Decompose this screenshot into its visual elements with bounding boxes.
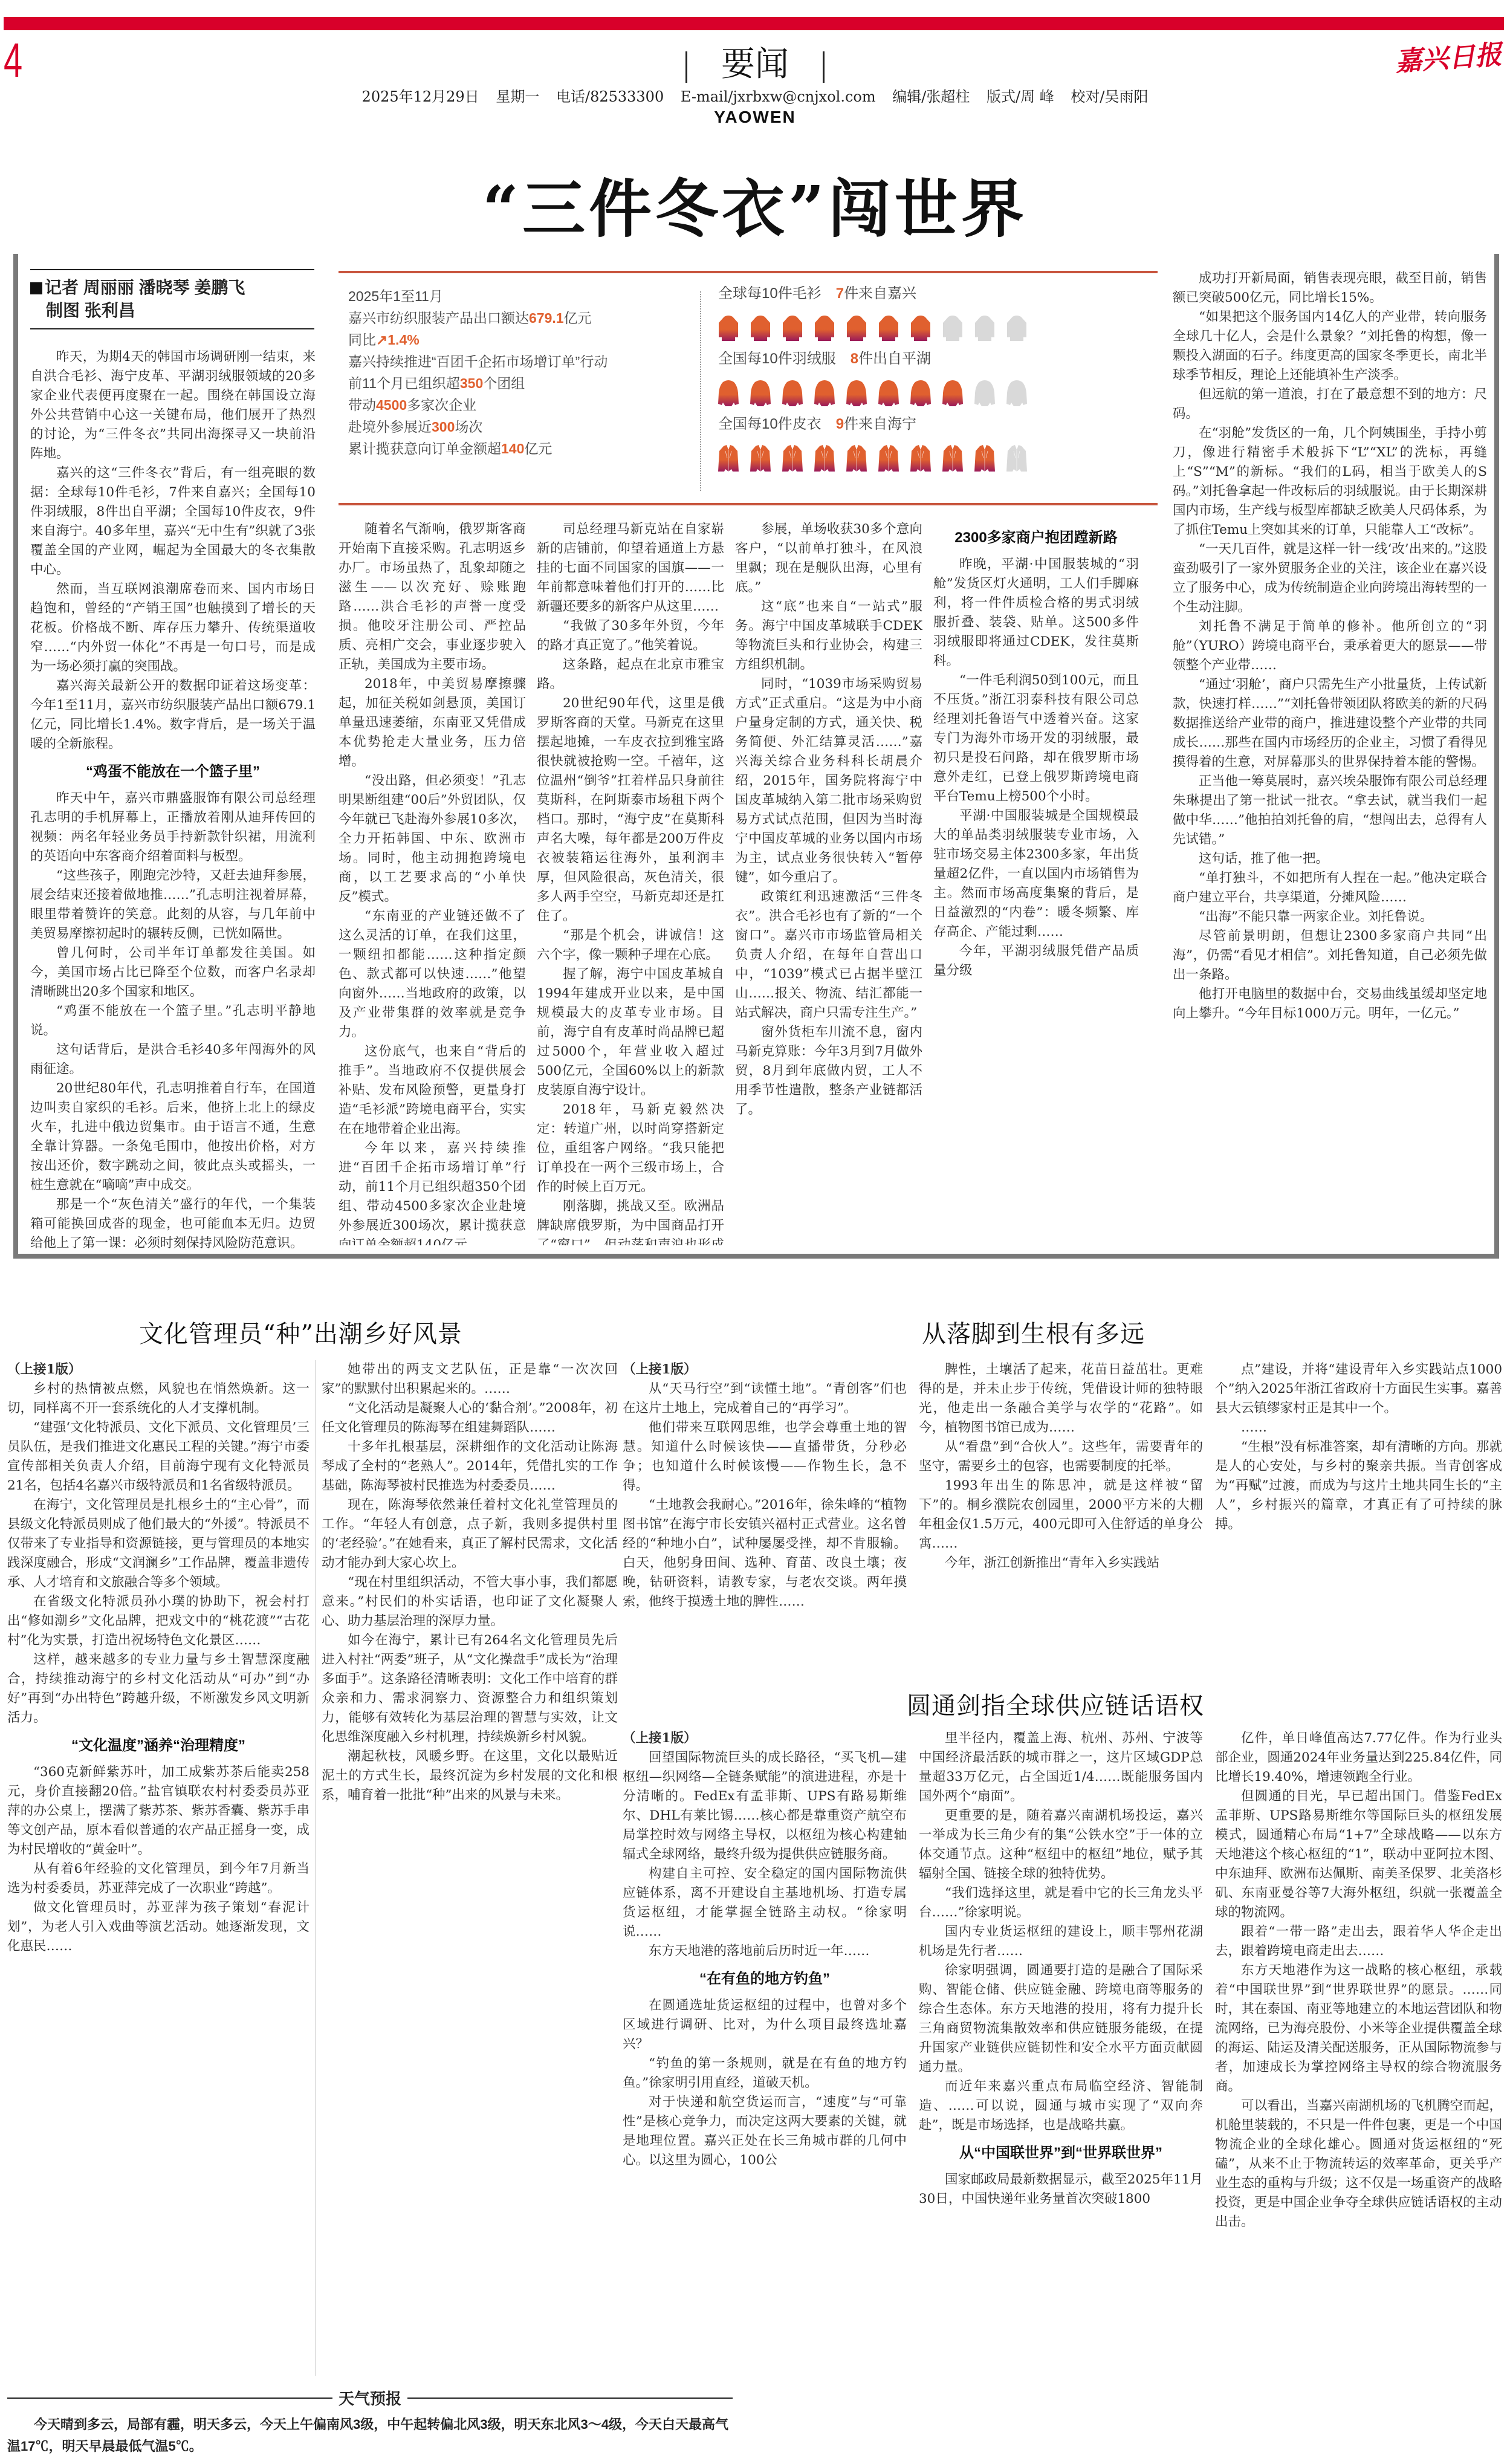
paragraph: “现在村里组织活动，不管大事小事，我们都愿意来。”村民们的朴实话语，也印证了文化…	[322, 1573, 618, 1631]
yto-column-2: 里半径内，覆盖上海、杭州、苏州、宁波等中国经济最活跃的城市群之一，这片区域GDP…	[919, 1729, 1203, 2460]
continued-label: （上接1版）	[7, 1360, 309, 1380]
yto-column-3: 亿件，单日峰值高达7.77亿件。作为行业头部企业，圆通2024年业务量达到225…	[1215, 1729, 1502, 2460]
paragraph: 嘉兴的这“三件冬衣”背后，有一组亮眼的数据：全球每10件毛衫，7件来自嘉兴；全国…	[30, 464, 316, 580]
down-jacket-icon	[974, 380, 995, 406]
paragraph: “土地教会我耐心。”2016年，徐朱峰的“植物图书馆”在海宁市长安镇兴福村正式营…	[623, 1496, 907, 1612]
infographic-stats: 2025年1至11月 嘉兴市纺织服装产品出口额达679.1亿元 同比↗1.4% …	[348, 285, 675, 459]
paragraph: “我做了30多年外贸，今年的路才真正宽了。”他笑着说。	[537, 617, 724, 655]
leather-coat-icon	[846, 445, 867, 472]
row-value: 8	[851, 351, 858, 367]
stat-groups: 前11个月已组织超350个团组	[348, 372, 675, 394]
stat-text: 场次	[455, 419, 482, 435]
stat-text: 赴境外参展近	[348, 419, 432, 435]
down-jacket-icon	[846, 380, 867, 406]
paragraph: 这句话背后，是洪合毛衫40多年闯海外的风雨征途。	[30, 1040, 316, 1079]
yto-column-1: （上接1版） 回望国际物流巨头的成长路径，“买飞机—建枢纽—织网络—全链条赋能”…	[623, 1729, 907, 2460]
weather-forecast: 今天晴到多云，局部有霾，明天多云，今天上午偏南风3级，中午起转偏北风3级，明天东…	[7, 2414, 733, 2457]
paragraph: 刚落脚，挑战又至。欧洲品牌缺席俄罗斯，为中国商品打开了“窗口”，但动荡和声浪也形…	[537, 1197, 724, 1245]
stat-text: 亿元	[564, 310, 592, 326]
continued-label: （上接1版）	[623, 1729, 907, 1748]
paragraph: “生根”没有标准答案，却有清晰的方向。那就是人的心安处，与乡村的聚亲共振。当青创…	[1215, 1438, 1502, 1534]
paragraph: 这份底气，也来自“背后的推手”。当地政府不仅提供展会补贴、发布风险预警，更量身打…	[339, 1042, 526, 1139]
sweater-icon	[878, 314, 899, 341]
paragraph: “通过‘羽舱’，商户只需先生产小批量货，上传试新款，快速打样……”“刘托鲁带领团…	[1173, 675, 1487, 772]
email-link[interactable]: E-mail/jxrbxw@cnjxol.com	[681, 88, 876, 105]
issue-date: 2025年12月29日	[362, 88, 479, 105]
down-jacket-icon-row	[718, 371, 1141, 406]
sweater-icon-row	[718, 306, 1141, 341]
paragraph: 构建自主可控、安全稳定的国内国际物流供应链体系，离不开建设自主基地机场、打造专属…	[623, 1864, 907, 1942]
stat-text: 同比	[348, 332, 376, 348]
column-rule	[316, 1360, 316, 2376]
divider	[407, 2398, 733, 2399]
paragraph: 那是一个“灰色清关”盛行的年代，一个集装箱可能换回成沓的现金，也可能血本无归。边…	[30, 1195, 316, 1248]
stat-campaign: 嘉兴持续推进“百团千企拓市场增订单”行动	[348, 351, 675, 372]
paragraph: 这样，越来越多的专业力量与乡土智慧深度融合，持续推动海宁的乡村文化活动从“可办”…	[7, 1650, 309, 1728]
rooting-column-1: （上接1版） 从“天马行空”到“读懂土地”。“青创客”们也在这片土地上，完成着自…	[623, 1360, 907, 1644]
row-value: 7	[836, 285, 844, 302]
paragraph: 尽管前景明朗，但想让2300多家商户共同“出海”，仍需“看见才相信”。刘托鲁知道…	[1173, 927, 1487, 985]
paragraph: 点”建设，并将“建设青年入乡实践站点1000个”纳入2025年浙江省政府十方面民…	[1215, 1360, 1502, 1418]
stat-text: 嘉兴市纺织服装产品出口额达	[348, 310, 529, 326]
lead-column-3: 司总经理马新克站在自家崭新的店铺前，仰望着通道上方悬挂的七面不同国家的国旗——一…	[537, 520, 724, 1245]
paragraph: 平湖·中国服装城是全国规模最大的单品类羽绒服装专业市场，入驻市场交易主体2300…	[933, 806, 1139, 942]
row-label-down: 全国每10件羽绒服8件出自平湖	[718, 347, 1141, 371]
lead-column-5: 2300多家商户抱团蹚新路 昨晚，平湖·中国服装城的“羽舱”发货区灯火通明，工人…	[933, 520, 1139, 1245]
paragraph: 如今在海宁，累计已有264名文化管理员先后进入村社“两委”班子，从“文化操盘手”…	[322, 1631, 618, 1747]
lead-column-6: 成功打开新局面，销售表现亮眼，截至目前，销售额已突破500亿元，同比增长15%。…	[1173, 269, 1487, 1248]
reporters: 记者 周丽丽 潘晓琴 姜鹏飞	[45, 278, 245, 297]
paragraph: 国家邮政局最新数据显示，截至2025年11月30日，中国快递年业务量首次突破18…	[919, 2170, 1203, 2209]
paragraph: 对于快递和航空货运而言，“速度”与“可靠性”是核心竞争力，而决定这两大要素的关键…	[623, 2093, 907, 2170]
graphic-credit: 制图 张利昌	[30, 299, 314, 322]
row-label: 全国每10件皮衣	[718, 416, 821, 432]
paragraph: 亿件，单日峰值高达7.77亿件。作为行业头部企业，圆通2024年业务量达到225…	[1215, 1729, 1502, 1787]
dotted-divider	[700, 291, 701, 491]
stat-companies: 带动4500多家次企业	[348, 394, 675, 416]
bullet-square-icon	[30, 282, 42, 294]
paragraph: 刘托鲁不满足于简单的修补。他所创立的“羽舱”（YURO）跨境电商平台，秉承着更大…	[1173, 617, 1487, 675]
paragraph: 国内专业货运枢纽的建设上，顺丰鄂州花湖机场是先行者……	[919, 1922, 1203, 1961]
leather-coat-icon	[942, 445, 963, 472]
sweater-icon	[814, 314, 835, 341]
paragraph: 可以看出，当嘉兴南湖机场的飞机腾空而起，机舱里装载的，不只是一件件包裹，更是一个…	[1215, 2096, 1502, 2232]
paragraph: “建强‘文化特派员、文化下派员、文化管理员’三员队伍，是我们推进文化惠民工程的关…	[7, 1418, 309, 1496]
culture-column-1: （上接1版） 乡村的热情被点燃，风貌也在悄然焕新。这一切，同样离不开一套系统化的…	[7, 1360, 309, 2376]
infographic: 2025年1至11月 嘉兴市纺织服装产品出口额达679.1亿元 同比↗1.4% …	[339, 271, 1158, 505]
section-pinyin: YAOWEN	[0, 108, 1510, 127]
stat-text: 多家次企业	[407, 397, 476, 413]
paragraph: 今年，浙江创新推出“青年入乡实践站	[919, 1554, 1203, 1573]
culture-column-2: 她带出的两支文艺队伍，正是靠“一次次回家”的默默付出积累起来的。…… “文化活动…	[322, 1360, 618, 2376]
paragraph: 窗外货柜车川流不息，窗内马新克算账：今年3月到7月做外贸，8月到年底做内贸，工人…	[735, 1023, 922, 1120]
stat-text: 亿元	[524, 441, 552, 456]
stat-value: 679.1	[529, 310, 564, 326]
row-value: 9	[836, 416, 844, 432]
down-jacket-icon	[878, 380, 899, 406]
paragraph: 徐家明强调，圆通要打造的是融合了国际采购、智能仓储、供应链金融、跨境电商等服务的…	[919, 1961, 1203, 2077]
paragraph: 十多年扎根基层，深耕细作的文化活动让陈海琴成了全村的“老熟人”。2014年，凭借…	[322, 1438, 618, 1496]
paragraph: 同时，“1039市场采购贸易方式”正式重启。“这是为中小商户量身定制的方式，通关…	[735, 675, 922, 887]
row-label-leather: 全国每10件皮衣9件来自海宁	[718, 412, 1141, 436]
paragraph: 正当他一筹莫展时，嘉兴埃朵服饰有限公司总经理朱琳提出了第一批试一批衣。“拿去试，…	[1173, 772, 1487, 849]
paragraph: “没出路，但必须变！”孔志明果断组建“00后”外贸团队，仅今年就已飞赴海外参展1…	[339, 771, 526, 907]
stat-export: 嘉兴市纺织服装产品出口额达679.1亿元	[348, 307, 675, 329]
leather-coat-icon	[878, 445, 899, 472]
divider	[685, 51, 687, 83]
row-label: 全球每10件毛衫	[718, 285, 821, 302]
paragraph: 他打开电脑里的数据中台，交易曲线虽缓却坚定地向上攀升。“今年目标1000万元。明…	[1173, 985, 1487, 1023]
stat-growth: 同比↗1.4%	[348, 329, 675, 351]
paragraph: 成功打开新局面，销售表现亮眼，截至目前，销售额已突破500亿元，同比增长15%。	[1173, 269, 1487, 308]
paragraph: 昨天，为期4天的韩国市场调研刚一结束，来自洪合毛衫、海宁皮革、平湖羽绒服领域的2…	[30, 348, 316, 464]
lead-headline: “三件冬衣”闯世界	[0, 158, 1510, 249]
paragraph: 曾几何时，公司半年订单都发往美国。如今，美国市场占比已降至个位数，而客户名录却清…	[30, 944, 316, 1002]
byline: 记者 周丽丽 潘晓琴 姜鹏飞 制图 张利昌	[30, 269, 314, 329]
paragraph: 但圆通的目光，早已超出国门。借鉴FedEx孟菲斯、UPS路易斯维尔等国际巨头的枢…	[1215, 1787, 1502, 1922]
editor: 编辑/张超柱	[892, 88, 970, 105]
paragraph: “文化活动是凝聚人心的‘黏合剂’。”2008年，初任文化管理员的陈海琴在组建舞蹈…	[322, 1399, 618, 1438]
paragraph: 潮起秋枝，风暖乡野。在这里，文化以最贴近泥土的方式生长，最终沉淀为乡村发展的文化…	[322, 1747, 618, 1805]
section-label: 要闻	[721, 45, 789, 84]
paragraph: 1993年出生的陈思冲，就是这样被“留下”的。桐乡濮院农创园里，2000平方米的…	[919, 1476, 1203, 1554]
row-suffix: 件出自平湖	[858, 351, 931, 367]
paragraph: 2018年，中美贸易摩擦骤起，加征关税如剑悬顶，美国订单量迅速萎缩，东南亚又凭借…	[339, 675, 526, 771]
paragraph: 但远航的第一道浪，打在了最意想不到的地方：尺码。	[1173, 385, 1487, 424]
divider	[823, 51, 825, 83]
story-headline-rooting: 从落脚到生根有多远	[922, 1315, 1145, 1349]
paragraph: 在省级文化特派员孙小璞的协助下，祝会村打出“修如潮乡”文化品牌，把戏文中的“桃花…	[7, 1592, 309, 1650]
leather-coat-icon	[718, 445, 739, 472]
paragraph: 昨天中午，嘉兴市鼎盛服饰有限公司总经理孔志明的手机屏幕上，正播放着刚从迪拜传回的…	[30, 789, 316, 866]
story-headline-culture: 文化管理员“种”出潮乡好风景	[139, 1315, 462, 1349]
paragraph: 然而，当互联网浪潮席卷而来、国内市场日趋饱和，曾经的“产销王国”也触摸到了增长的…	[30, 580, 316, 676]
paragraph: 政策红利迅速激活“三件冬衣”。洪合毛衫也有了新的“一个窗口”。嘉兴市市场监管局相…	[735, 887, 922, 1023]
paragraph: 他们带来互联网思维，也学会尊重土地的智慧。知道什么时候该快——直播带货，分秒必争…	[623, 1418, 907, 1496]
row-suffix: 件来自海宁	[844, 416, 916, 432]
down-jacket-icon	[814, 380, 835, 406]
continued-label: （上接1版）	[623, 1360, 907, 1380]
paragraph: 从“天马行空”到“读懂土地”。“青创客”们也在这片土地上，完成着自己的“再学习”…	[623, 1380, 907, 1418]
paragraph: 东方天地港作为这一战略的核心枢纽，承载着“中国联世界”到“世界联世界”的愿景。……	[1215, 1961, 1502, 2096]
paragraph: 在圆通选址货运枢纽的过程中，也曾对多个区域进行调研、比对，为什么项目最终选址嘉兴…	[623, 1996, 907, 2054]
lead-column-1: 昨天，为期4天的韩国市场调研刚一结束，来自洪合毛衫、海宁皮革、平湖羽绒服领域的2…	[30, 348, 316, 1248]
down-jacket-icon	[942, 380, 963, 406]
stat-text: 带动	[348, 397, 376, 413]
paragraph: 脾性，土壤活了起来，花苗日益茁壮。更难得的是，并未止步于传统，凭借设计师的独特眼…	[919, 1360, 1203, 1438]
leather-coat-icon	[974, 445, 995, 472]
paragraph: 回望国际物流巨头的成长路径，“买飞机—建枢纽—织网络—全链条赋能”的演进进程，亦…	[623, 1748, 907, 1864]
issue-meta: 2025年12月29日 星期一 电话/82533300 E-mail/jxrbx…	[0, 85, 1510, 106]
paragraph: “如果把这个服务国内14亿人的产业带，转向服务全球几十亿人，会是什么景象？”刘托…	[1173, 308, 1487, 385]
paragraph: 跟着“一带一路”走出去，跟着华人华企走出去，跟着跨境电商走出去……	[1215, 1922, 1502, 1961]
down-jacket-icon	[750, 380, 771, 406]
subheading: 从“中国联世界”到“世界联世界”	[919, 2144, 1203, 2163]
paragraph: 这条路，起点在北京市雅宝路。	[537, 655, 724, 694]
down-jacket-icon	[1006, 380, 1027, 406]
paragraph: 从“看盘”到“合伙人”。这些年，需要青年的坚守，需要乡土的包容，也需要制度的托举…	[919, 1438, 1203, 1476]
layout-editor: 版式/周 峰	[987, 88, 1054, 105]
sweater-icon	[718, 314, 739, 341]
subheading: “在有鱼的地方钓鱼”	[623, 1970, 907, 1989]
down-jacket-icon	[718, 380, 739, 406]
paragraph: 在“羽舱”发货区的一角，几个阿姨围坐，手持小剪刀，像进行精密手术般拆下“L”“X…	[1173, 424, 1487, 540]
paragraph: “钓鱼的第一条规则，就是在有鱼的地方钓鱼。”徐家明引用直经，道破天机。	[623, 2054, 907, 2093]
paragraph: “那是个机会，讲诚信！这六个字，像一颗种子埋在心底。	[537, 926, 724, 965]
paragraph: 在海宁，文化管理员是扎根乡土的“主心骨”，而县级文化特派员则成了他们最大的“外援…	[7, 1496, 309, 1592]
stat-value: 140	[501, 441, 524, 456]
stat-orders: 累计揽获意向订单金额超140亿元	[348, 438, 675, 459]
leather-coat-icon	[782, 445, 803, 472]
paragraph: 这“底”也来自“一站式”服务。海宁中国皮革城联手CDEK等物流巨头和行业协会，构…	[735, 597, 922, 675]
sweater-icon	[750, 314, 771, 341]
rooting-column-3: 点”建设，并将“建设青年入乡实践站点1000个”纳入2025年浙江省政府十方面民…	[1215, 1360, 1502, 1644]
stat-text: 个团组	[483, 375, 525, 391]
lead-column-2: 随着名气渐响，俄罗斯客商开始南下直接采购。孔志明返乡办厂。市场虽热了，乱象却随之…	[339, 520, 526, 1245]
paragraph: 东方天地港的落地前后历时近一年……	[623, 1942, 907, 1961]
paragraph: “我们选择这里，就是看中它的长三角龙头平台……”徐家明说。	[919, 1884, 1203, 1922]
leather-coat-icon	[814, 445, 835, 472]
sweater-icon	[942, 314, 963, 341]
down-jacket-icon	[782, 380, 803, 406]
paragraph: 更重要的是，随着嘉兴南湖机场投运，嘉兴一举成为长三角少有的集“公铁水空”于一体的…	[919, 1806, 1203, 1884]
leather-coat-icon-row	[718, 436, 1141, 472]
sweater-icon	[974, 314, 995, 341]
paragraph: “出海”不能只靠一两家企业。刘托鲁说。	[1173, 907, 1487, 927]
paragraph: 参展，单场收获30多个意向客户，“以前单打独斗，在风浪里飘；现在是舰队出海，心里…	[735, 520, 922, 597]
paragraph: ……	[1215, 1418, 1502, 1438]
paragraph: 她带出的两支文艺队伍，正是靠“一次次回家”的默默付出积累起来的。……	[322, 1360, 618, 1399]
subheading: 2300多家商户抱团蹚新路	[933, 528, 1139, 548]
divider	[7, 2398, 332, 2399]
proofreader: 校对/吴雨阳	[1071, 88, 1148, 105]
paragraph: “鸡蛋不能放在一个篮子里。”孔志明平静地说。	[30, 1002, 316, 1040]
paragraph: 20世纪90年代，这里是俄罗斯客商的天堂。马新克在这里摆起地摊，一车皮衣拉到雅宝…	[537, 694, 724, 926]
weather-heading: 天气预报	[339, 2387, 401, 2409]
paragraph: 随着名气渐响，俄罗斯客商开始南下直接采购。孔志明返乡办厂。市场虽热了，乱象却随之…	[339, 520, 526, 675]
leather-coat-icon	[750, 445, 771, 472]
paragraph: “360克新鲜紫苏叶，加工成紫苏茶后能卖258元，身价直接翻20倍。”盐官镇联农…	[7, 1763, 309, 1859]
down-jacket-icon	[910, 380, 931, 406]
stat-value: ↗1.4%	[376, 332, 420, 348]
leather-coat-icon	[1006, 445, 1027, 472]
paragraph: 这句话，推了他一把。	[1173, 849, 1487, 869]
newspaper-logo: 嘉兴日报	[1394, 33, 1503, 79]
pictogram-chart: 全球每10件毛衫7件来自嘉兴 全国每10件羽绒服8件出自平湖 全国每10件皮衣9…	[718, 279, 1141, 478]
rooting-column-2: 脾性，土壤活了起来，花苗日益茁壮。更难得的是，并未止步于传统，凭借设计师的独特眼…	[919, 1360, 1203, 1644]
sweater-icon	[1006, 314, 1027, 341]
paragraph: “一件毛利润50到100元，而且不压货。”浙江羽泰科技有限公司总经理刘托鲁语气中…	[933, 671, 1139, 806]
paragraph: 而近年来嘉兴重点布局临空经济、智能制造、……可以说，圆通与城市实现了“双向奔赴”…	[919, 2077, 1203, 2135]
paragraph: 握了解，海宁中国皮革城自1994年建成开业以来，是中国规模最大的皮革专业市场。目…	[537, 965, 724, 1100]
paragraph: 2018年，马新克毅然决定：转道广州，以时尚穿搭新定位，重组客户网络。“我只能把…	[537, 1100, 724, 1197]
paragraph: 里半径内，覆盖上海、杭州、苏州、宁波等中国经济最活跃的城市群之一，这片区域GDP…	[919, 1729, 1203, 1806]
paragraph: 现在，陈海琴依然兼任着村文化礼堂管理员的工作。“年轻人有创意，点子新，我则多提供…	[322, 1496, 618, 1573]
story-headline-yto: 圆通剑指全球供应链话语权	[907, 1687, 1204, 1721]
paragraph: 今年，平湖羽绒服凭借产品质量分级	[933, 942, 1139, 981]
stat-text: 累计揽获意向订单金额超	[348, 441, 501, 456]
stat-text: 前11个月已组织超	[348, 375, 460, 391]
paragraph: “一天几百件，就是这样一针一线‘改’出来的。”这股蛮劲吸引了一家外贸服务企业的关…	[1173, 540, 1487, 617]
stat-period: 2025年1至11月	[348, 285, 675, 307]
weather-box: 天气预报 今天晴到多云，局部有霾，明天多云，今天上午偏南风3级，中午起转偏北风3…	[7, 2387, 733, 2457]
sweater-icon	[846, 314, 867, 341]
lead-column-4: 参展，单场收获30多个意向客户，“以前单打独斗，在风浪里飘；现在是舰队出海，心里…	[735, 520, 922, 1245]
masthead-red-bar	[4, 17, 1504, 30]
phone: 电话/82533300	[556, 88, 664, 105]
paragraph: 嘉兴海关最新公开的数据印证着这场变革：今年1至11月，嘉兴市纺织服装产品出口额6…	[30, 676, 316, 754]
paragraph: “东南亚的产业链还做不了这么灵活的订单，在我们这里，一颗纽扣都能……这种指定颜色…	[339, 907, 526, 1042]
weather-title: 天气预报	[7, 2387, 733, 2409]
paragraph: 20世纪80年代，孔志明推着自行车，在国道边叫卖自家织的毛衫。后来，他挤上北上的…	[30, 1079, 316, 1195]
paragraph: 昨晚，平湖·中国服装城的“羽舱”发货区灯火通明，工人们手脚麻利，将一件件质检合格…	[933, 555, 1139, 671]
paragraph: 司总经理马新克站在自家崭新的店铺前，仰望着通道上方悬挂的七面不同国家的国旗——一…	[537, 520, 724, 617]
paragraph: 今年以来，嘉兴持续推进“百团千企拓市场增订单”行动，前11个月已组织超350个团…	[339, 1139, 526, 1245]
stat-exhibitions: 赴境外参展近300场次	[348, 416, 675, 438]
leather-coat-icon	[910, 445, 931, 472]
paragraph: “单打独斗，不如把所有人捏在一起。”他决定联合商户建立平台，共享渠道，分摊风险……	[1173, 869, 1487, 907]
stat-value: 300	[432, 419, 455, 435]
row-suffix: 件来自嘉兴	[844, 285, 916, 302]
stat-value: 4500	[376, 397, 407, 413]
sweater-icon	[782, 314, 803, 341]
stat-value: 350	[460, 375, 483, 391]
paragraph: 从有着6年经验的文化管理员，到今年7月新当选为村委委员，苏亚萍完成了一次职业“跨…	[7, 1859, 309, 1898]
section-title: 要闻	[0, 37, 1510, 86]
row-label-sweater: 全球每10件毛衫7件来自嘉兴	[718, 282, 1141, 306]
subheading: “鸡蛋不能放在一个篮子里”	[30, 762, 316, 782]
sweater-icon	[910, 314, 931, 341]
row-label: 全国每10件羽绒服	[718, 351, 836, 367]
issue-weekday: 星期一	[496, 88, 539, 105]
paragraph: “这些孩子，刚跑完沙特，又赶去迪拜参展，展会结束还接着做地推……”孔志明注视着屏…	[30, 866, 316, 944]
subheading: “文化温度”涵养“治理精度”	[7, 1736, 309, 1756]
paragraph: 乡村的热情被点燃，风貌也在悄然焕新。这一切，同样离不开一套系统化的人才支撑机制。	[7, 1380, 309, 1418]
paragraph: 做文化管理员时，苏亚萍为孩子策划“春泥计划”，为老人引入戏曲等演艺活动。她逐渐发…	[7, 1898, 309, 1956]
